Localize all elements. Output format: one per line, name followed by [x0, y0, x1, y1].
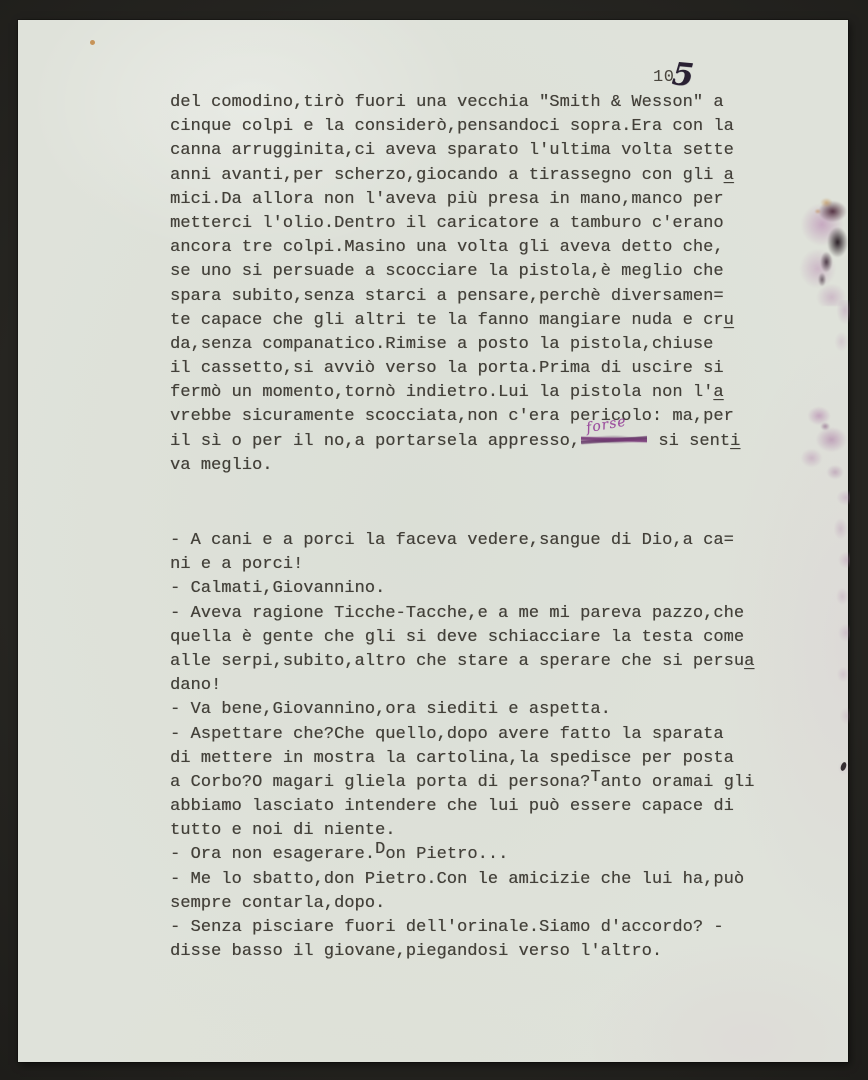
typescript-paragraph-1: del comodino,tirò fuori una vecchia "Smi…: [170, 91, 740, 478]
typed-line: canna arrugginita,ci aveva sparato l'ult…: [170, 139, 740, 163]
paper-sheet: 10 5 del comodino,tirò fuori una vecchia…: [18, 20, 848, 1062]
typed-line: mici.Da allora non l'aveva più presa in …: [170, 188, 740, 212]
typed-line: - Senza pisciare fuori dell'orinale.Siam…: [170, 916, 754, 940]
typed-line: fermò un momento,tornò indietro.Lui la p…: [170, 381, 740, 405]
typed-line: anni avanti,per scherzo,giocando a tiras…: [170, 164, 740, 188]
typed-line: del comodino,tirò fuori una vecchia "Smi…: [170, 91, 740, 115]
typed-line: - Calmati,Giovannino.: [170, 577, 754, 601]
typed-line: ni e a porci!: [170, 553, 754, 577]
typed-line: il sì o per il no,a portarsela appresso,…: [170, 430, 740, 454]
typed-line: - A cani e a porci la faceva vedere,sang…: [170, 529, 754, 553]
typed-line: tutto e noi di niente.: [170, 819, 754, 843]
typed-line: alle serpi,subito,altro che stare a sper…: [170, 650, 754, 674]
typed-line: - Va bene,Giovannino,ora siediti e aspet…: [170, 698, 754, 722]
typed-line: ancora tre colpi.Masino una volta gli av…: [170, 236, 740, 260]
typed-line: da,senza companatico.Rimise a posto la p…: [170, 333, 740, 357]
typed-line: cinque colpi e la considerò,pensandoci s…: [170, 115, 740, 139]
scan-background: { "page": { "number_typed": "10", "numbe…: [0, 0, 868, 1080]
typed-line: spara subito,senza starci a pensare,perc…: [170, 285, 740, 309]
typed-line: se uno si persuade a scocciare la pistol…: [170, 260, 740, 284]
typescript-paragraph-2: - A cani e a porci la faceva vedere,sang…: [170, 529, 754, 964]
page-number: 10 5: [653, 62, 694, 91]
typed-line: metterci l'olio.Dentro il caricatore a t…: [170, 212, 740, 236]
page-number-handwritten: 5: [671, 59, 695, 92]
typed-line: - Ora non esagerare.Don Pietro...: [170, 843, 754, 867]
typed-line: va meglio.: [170, 454, 740, 478]
typed-line: il cassetto,si avviò verso la porta.Prim…: [170, 357, 740, 381]
typed-line: quella è gente che gli si deve schiaccia…: [170, 626, 754, 650]
typed-line: - Aveva ragione Ticche-Tacche,e a me mi …: [170, 602, 754, 626]
typed-line: te capace che gli altri te la fanno mang…: [170, 309, 740, 333]
typed-line: - Aspettare che?Che quello,dopo avere fa…: [170, 723, 754, 747]
typed-line: disse basso il giovane,piegandosi verso …: [170, 940, 754, 964]
typed-line: vrebbe sicuramente scocciata,non c'era p…: [170, 405, 740, 429]
typed-line: di mettere in mostra la cartolina,la spe…: [170, 747, 754, 771]
typed-line: - Me lo sbatto,don Pietro.Con le amicizi…: [170, 868, 754, 892]
typed-line: a Corbo?O magari gliela porta di persona…: [170, 771, 754, 795]
typed-line: sempre contarla,dopo.: [170, 892, 754, 916]
typed-line: abbiamo lasciato intendere che lui può e…: [170, 795, 754, 819]
ink-scribble: forse: [581, 433, 647, 446]
typed-line: dano!: [170, 674, 754, 698]
